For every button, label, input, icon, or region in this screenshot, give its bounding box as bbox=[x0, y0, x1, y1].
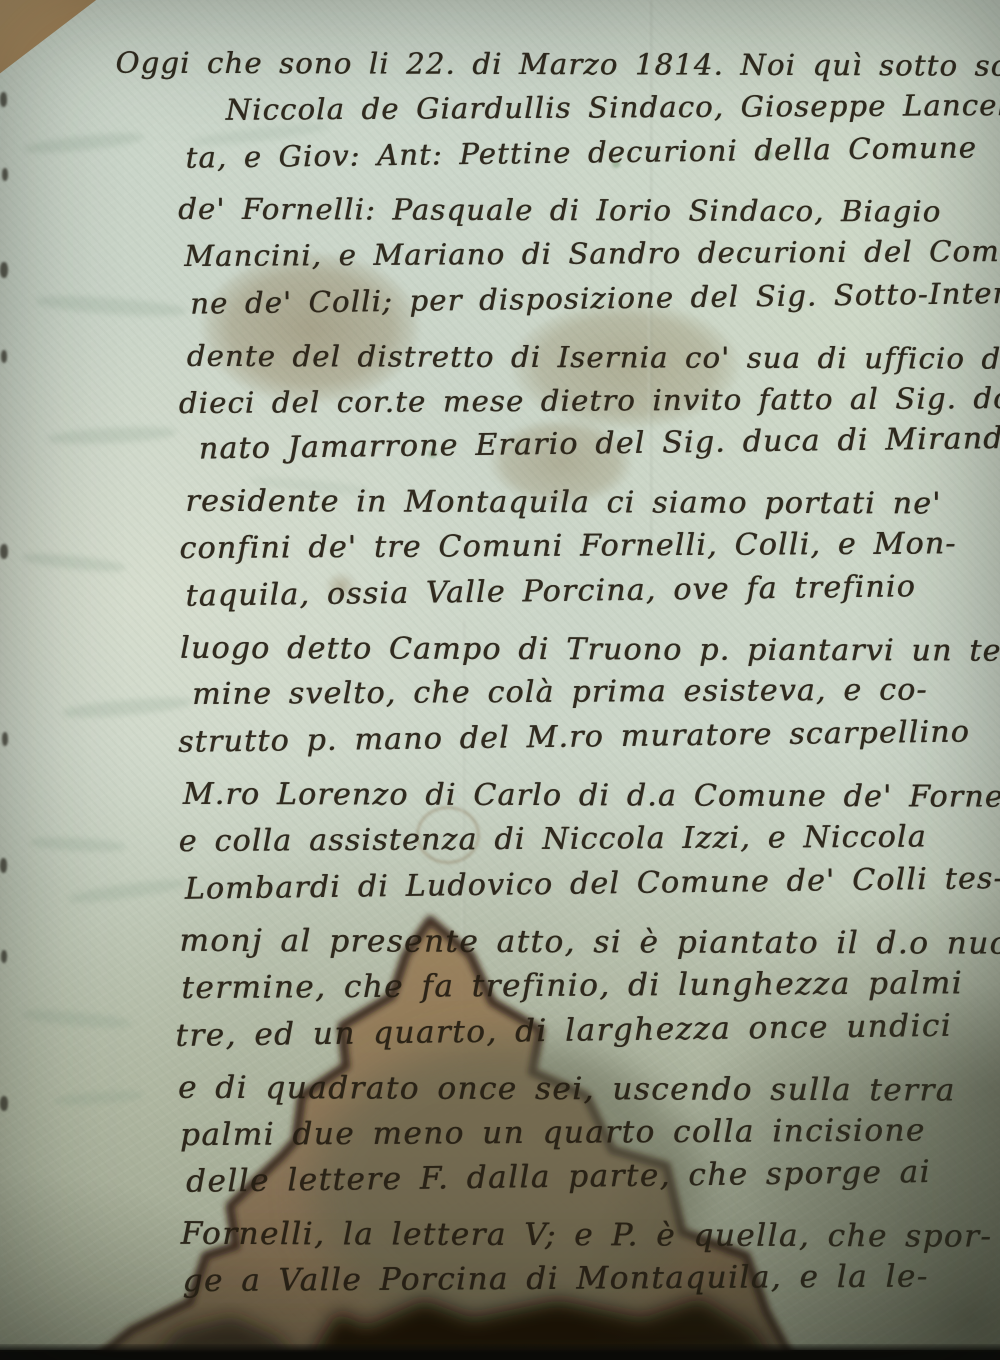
manuscript-photo: Oggi che sono li 22. di Marzo 1814. Noi … bbox=[0, 0, 1000, 1360]
manuscript-text: Oggi che sono li 22. di Marzo 1814. Noi … bbox=[0, 34, 1000, 1307]
manuscript-line: ge a Valle Porcina di Montaquila, e la l… bbox=[2, 1252, 1000, 1307]
photo-edge-band bbox=[0, 1344, 1000, 1360]
